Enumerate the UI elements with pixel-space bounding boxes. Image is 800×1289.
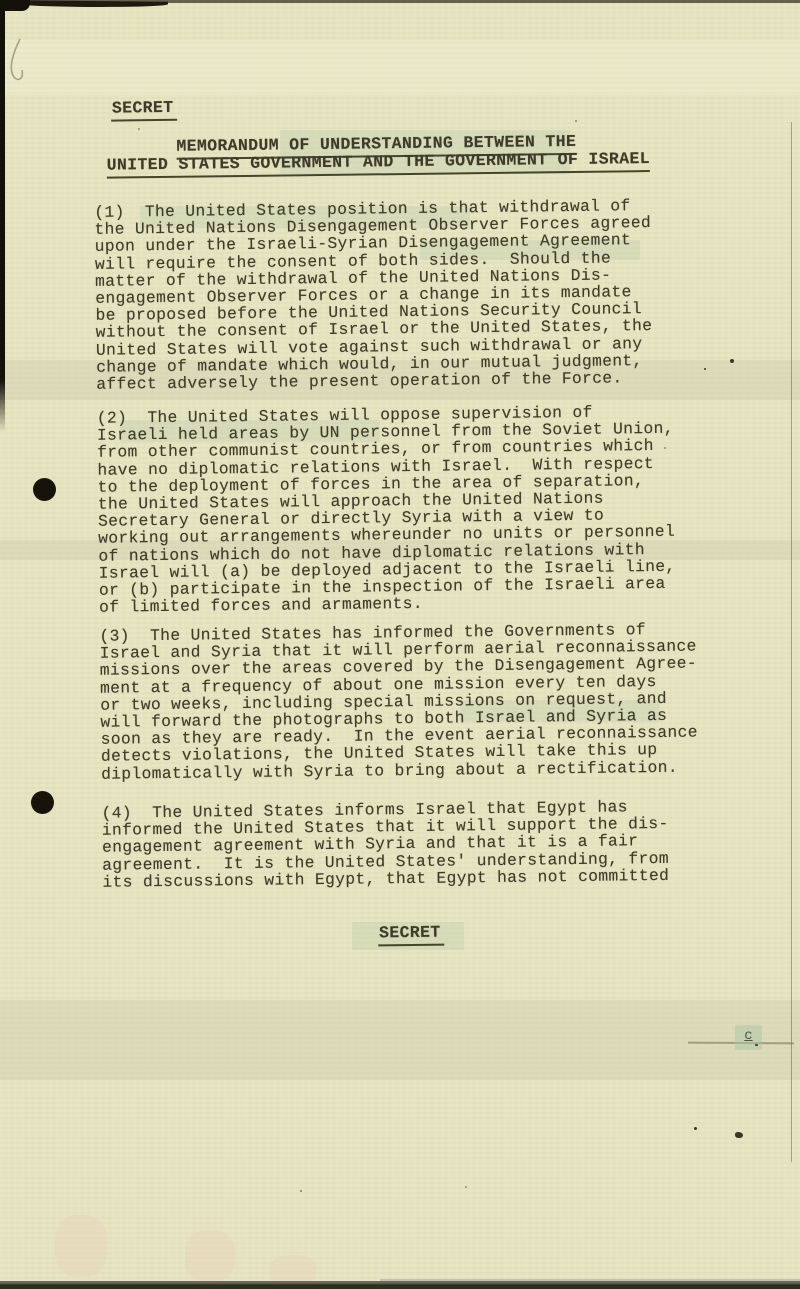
margin-annotation: c [735, 1025, 762, 1050]
typed-text-layer: SECRET MEMORANDUM OF UNDERSTANDING BETWE… [0, 0, 800, 1289]
paper-speck [575, 120, 577, 122]
paragraph-2: (2) The United States will oppose superv… [97, 402, 739, 616]
paper-speck [138, 128, 140, 130]
ink-blot [735, 1132, 743, 1138]
classification-marking-top: SECRET [111, 98, 177, 122]
paper-speck [704, 368, 706, 370]
paragraph-4: (4) The United States informs Israel tha… [102, 797, 743, 891]
paper-speck [730, 359, 734, 363]
paper-speck [755, 1044, 758, 1046]
underlying-sheet-edge [791, 122, 792, 1162]
punch-hole-mark-upper [33, 478, 56, 501]
paragraph-3: (3) The United States has informed the G… [99, 620, 741, 783]
classification-marking-bottom: SECRET [378, 923, 444, 947]
punch-hole-mark-lower [31, 791, 54, 814]
paragraph-1: (1) The United States position is that w… [94, 196, 736, 393]
paper-speck [694, 1127, 697, 1130]
paper-speck [300, 1190, 302, 1192]
paper-speck [664, 447, 666, 449]
scanned-document-page: SECRET MEMORANDUM OF UNDERSTANDING BETWE… [0, 0, 800, 1289]
pencil-mark [2, 35, 32, 90]
scan-bottom-edge [0, 1281, 800, 1289]
paper-speck [465, 1186, 467, 1188]
